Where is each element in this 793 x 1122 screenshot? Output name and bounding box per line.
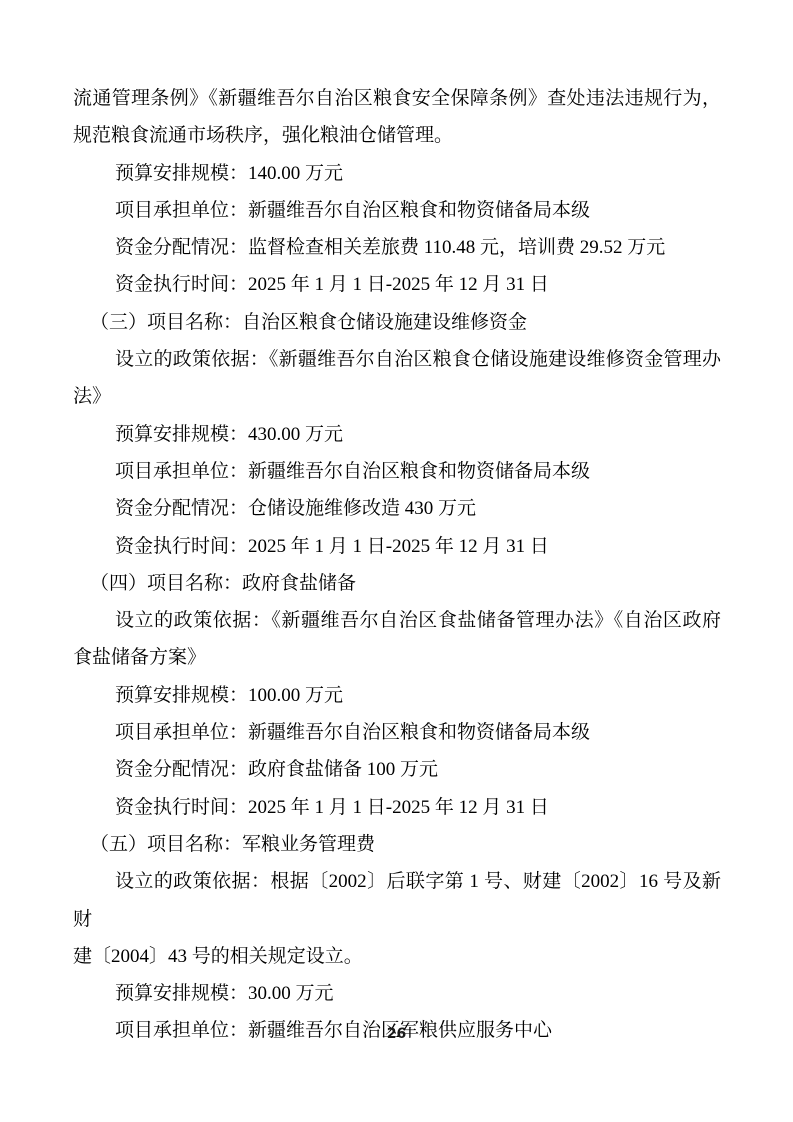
text-line: 预算安排规模：30.00 万元 [73, 975, 721, 1012]
text-line: （三）项目名称：自治区粮食仓储设施建设维修资金 [73, 304, 721, 341]
text-line: 设立的政策依据：《新疆维吾尔自治区粮食仓储设施建设维修资金管理办 [73, 341, 721, 378]
text-line: （五）项目名称：军粮业务管理费 [73, 826, 721, 863]
text-line: 资金分配情况：政府食盐储备 100 万元 [73, 751, 721, 788]
text-line: 法》 [73, 378, 721, 415]
text-line: 资金执行时间：2025 年 1 月 1 日-2025 年 12 月 31 日 [73, 266, 721, 303]
text-line: 预算安排规模：140.00 万元 [73, 155, 721, 192]
document-body: 流通管理条例》《新疆维吾尔自治区粮食安全保障条例》查处违法违规行为，规范粮食流通… [73, 80, 721, 1050]
text-line: 预算安排规模：100.00 万元 [73, 677, 721, 714]
text-line: 资金分配情况：仓储设施维修改造 430 万元 [73, 490, 721, 527]
text-line: 预算安排规模：430.00 万元 [73, 416, 721, 453]
text-line: 流通管理条例》《新疆维吾尔自治区粮食安全保障条例》查处违法违规行为， [73, 80, 721, 117]
text-line: 项目承担单位：新疆维吾尔自治区粮食和物资储备局本级 [73, 192, 721, 229]
page-number: 26 [0, 1026, 793, 1042]
text-line: 设立的政策依据：《新疆维吾尔自治区食盐储备管理办法》《自治区政府 [73, 602, 721, 639]
text-line: 食盐储备方案》 [73, 639, 721, 676]
text-line: 设立的政策依据：根据〔2002〕后联字第 1 号、财建〔2002〕16 号及新财 [73, 863, 721, 938]
document-page: 流通管理条例》《新疆维吾尔自治区粮食安全保障条例》查处违法违规行为，规范粮食流通… [0, 0, 793, 1122]
text-line: 项目承担单位：新疆维吾尔自治区粮食和物资储备局本级 [73, 714, 721, 751]
text-line: 项目承担单位：新疆维吾尔自治区粮食和物资储备局本级 [73, 453, 721, 490]
text-line: （四）项目名称：政府食盐储备 [73, 565, 721, 602]
text-line: 规范粮食流通市场秩序，强化粮油仓储管理。 [73, 117, 721, 154]
text-line: 建〔2004〕43 号的相关规定设立。 [73, 938, 721, 975]
text-line: 资金执行时间：2025 年 1 月 1 日-2025 年 12 月 31 日 [73, 789, 721, 826]
text-line: 资金分配情况：监督检查相关差旅费 110.48 元，培训费 29.52 万元 [73, 229, 721, 266]
text-line: 资金执行时间：2025 年 1 月 1 日-2025 年 12 月 31 日 [73, 528, 721, 565]
